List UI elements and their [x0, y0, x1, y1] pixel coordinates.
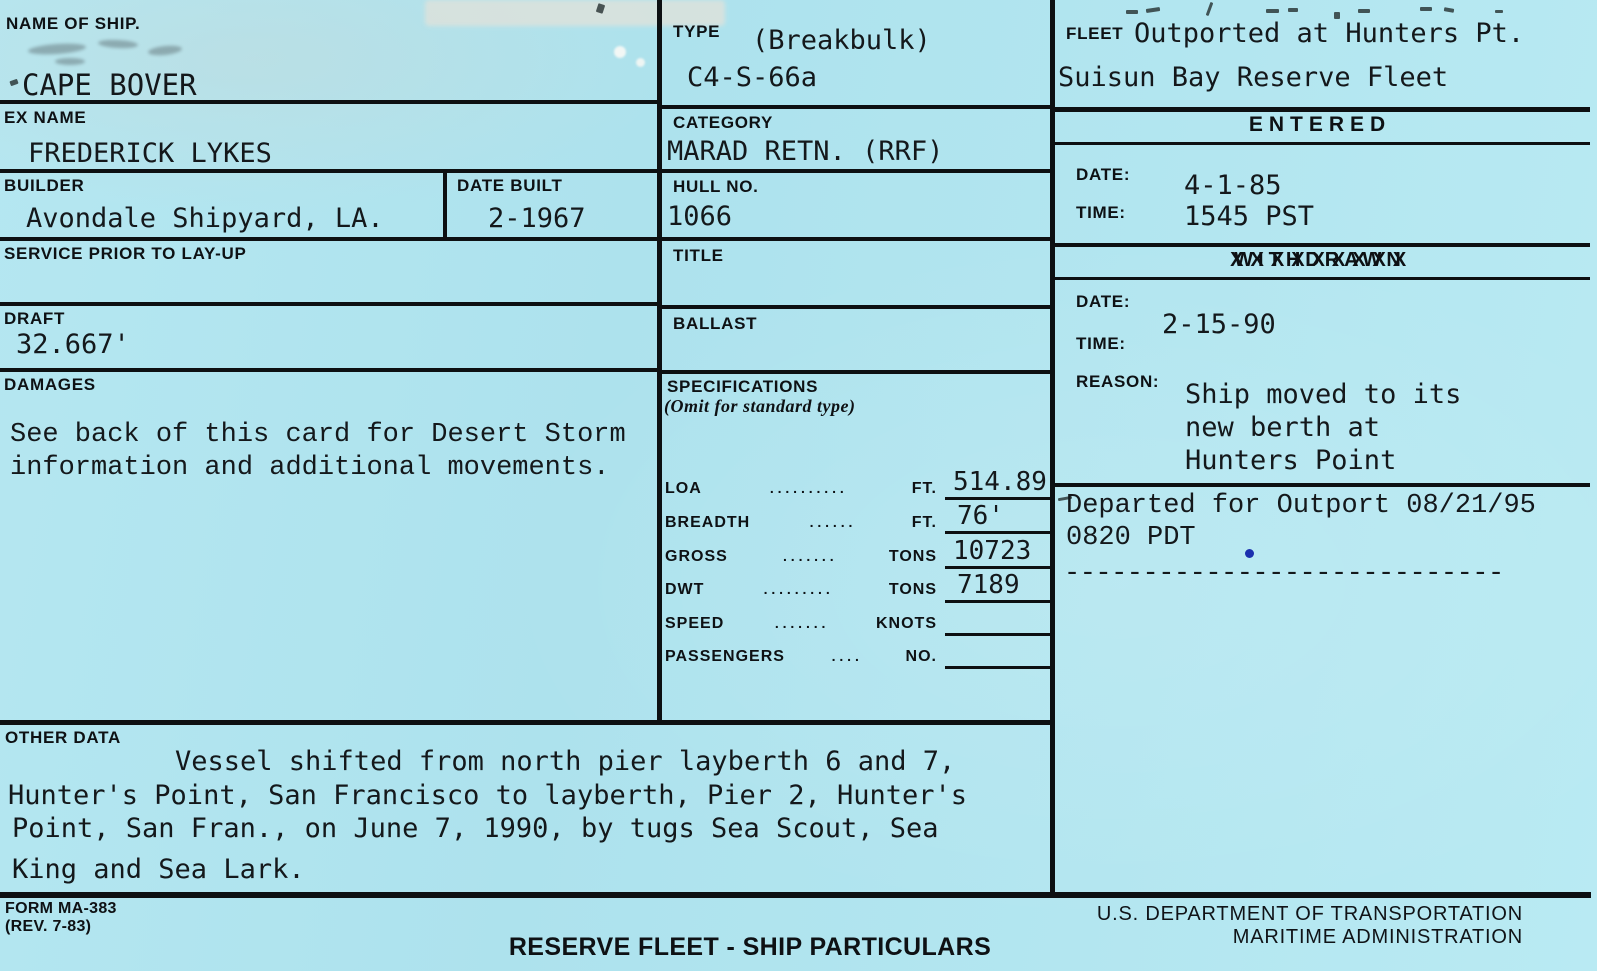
withdrawn-time-value: 2-15-90: [1162, 311, 1276, 339]
scan-smudge: [55, 58, 85, 65]
specifications-sublabel: (Omit for standard type): [664, 396, 856, 417]
withdrawn-date-label: DATE:: [1076, 292, 1130, 312]
spec-breadth-unit: FT.: [912, 514, 937, 532]
service-prior-label: SERVICE PRIOR TO LAY-UP: [4, 244, 247, 264]
fleet-value-line2: Suisun Bay Reserve Fleet: [1058, 64, 1448, 92]
agency-line2: MARITIME ADMINISTRATION: [1050, 926, 1523, 949]
spec-row-dwt: DWT . . . . . . . . . TONS: [665, 581, 937, 599]
ex-name-label: EX NAME: [4, 108, 86, 128]
grid-line: [0, 368, 662, 372]
other-data-line1: Vessel shifted from north pier layberth …: [175, 748, 955, 776]
spec-passengers-underline: [945, 666, 1055, 669]
builder-datebuilt-divider: [443, 169, 447, 241]
damages-text-line1: See back of this card for Desert Storm: [10, 421, 626, 449]
scan-mark: [1288, 8, 1298, 12]
spec-breadth-dots: . . . . . .: [810, 514, 853, 530]
spec-loa-value: 514.89: [953, 467, 1047, 497]
category-label: CATEGORY: [673, 113, 773, 133]
name-of-ship-label: NAME OF SHIP.: [6, 14, 140, 34]
specifications-label: SPECIFICATIONS: [667, 377, 818, 397]
damages-text-line2: information and additional movements.: [10, 454, 610, 482]
entered-date-value: 4-1-85: [1184, 172, 1282, 200]
spec-dwt-value: 7189: [957, 570, 1020, 600]
withdrawn-reason-line1: Ship moved to its: [1185, 381, 1461, 409]
grid-line: [0, 720, 1055, 725]
spec-loa-label: LOA: [665, 480, 702, 498]
spec-dwt-underline: [945, 600, 1055, 603]
fleet-label: FLEET: [1066, 24, 1123, 44]
spec-gross-value: 10723: [953, 536, 1031, 566]
scan-speck: [636, 58, 645, 67]
other-data-line4: King and Sea Lark.: [12, 856, 305, 884]
withdrawn-header: WITHDRAWN XXXXXXXXX: [1050, 249, 1590, 272]
grid-line: [1050, 277, 1590, 280]
bottom-rule: [0, 892, 1591, 898]
spec-speed-dots: . . . . . . .: [775, 615, 826, 631]
title-label: TITLE: [673, 246, 724, 266]
scan-mark: [1358, 9, 1370, 13]
spec-speed-label: SPEED: [665, 615, 724, 633]
form-title: RESERVE FLEET - SHIP PARTICULARS: [470, 933, 1030, 962]
departed-note-line2: 0820 PDT: [1066, 524, 1196, 552]
category-value: MARAD RETN. (RRF): [667, 138, 943, 166]
name-of-ship-value: CAPE BOVER: [22, 70, 197, 100]
date-built-value: 2-1967: [488, 205, 586, 233]
entered-time-value: 1545 PST: [1184, 203, 1314, 231]
spec-gross-dots: . . . . . . .: [783, 548, 834, 564]
scan-mark: [1146, 7, 1160, 13]
scan-mark: [1495, 10, 1503, 13]
entered-date-label: DATE:: [1076, 165, 1130, 185]
hull-no-value: 1066: [667, 203, 732, 231]
grid-line: [0, 169, 662, 173]
entered-time-label: TIME:: [1076, 203, 1126, 223]
scan-mark: [1266, 9, 1279, 13]
spec-gross-label: GROSS: [665, 548, 728, 566]
pen-dot: [1245, 549, 1254, 558]
spec-dwt-dots: . . . . . . . . .: [764, 581, 830, 597]
spec-dwt-unit: TONS: [889, 581, 937, 599]
spec-row-passengers: PASSENGERS . . . . NO.: [665, 648, 937, 666]
withdrawn-reason-label: REASON:: [1076, 372, 1159, 392]
departed-note-dashes: ----------------------------: [1064, 560, 1504, 588]
scan-smudge: [148, 44, 183, 57]
date-built-label: DATE BUILT: [457, 176, 563, 196]
type-value-line2: C4-S-66a: [687, 64, 817, 92]
spec-row-speed: SPEED . . . . . . . KNOTS: [665, 615, 937, 633]
draft-value: 32.667': [16, 331, 130, 359]
grid-line: [657, 305, 1055, 309]
spec-speed-underline: [945, 633, 1055, 636]
withdrawn-reason-line2: new berth at: [1185, 414, 1380, 442]
fleet-value-line1: Outported at Hunters Pt.: [1134, 20, 1524, 48]
grid-line: [0, 302, 662, 306]
spec-row-gross: GROSS . . . . . . . TONS: [665, 548, 937, 566]
scan-mark: [1126, 10, 1138, 14]
spec-passengers-dots: . . . .: [832, 648, 859, 664]
scan-mark: [1420, 7, 1432, 11]
grid-line: [657, 237, 1055, 241]
scan-smudge: [28, 42, 87, 56]
entered-header: ENTERED: [1050, 113, 1590, 137]
other-data-line3: Point, San Fran., on June 7, 1990, by tu…: [12, 815, 939, 843]
type-label: TYPE: [673, 22, 720, 42]
form-number-line1: FORM MA-383: [5, 900, 117, 918]
scan-smudge: [98, 39, 138, 49]
grid-line: [657, 105, 1055, 109]
spec-gross-underline: [945, 566, 1055, 569]
damages-label: DAMAGES: [4, 375, 96, 395]
grid-line: [657, 169, 1055, 173]
spec-loa-underline: [945, 497, 1055, 500]
scan-mark: [9, 79, 18, 86]
spec-breadth-underline: [945, 531, 1055, 534]
spec-loa-dots: . . . . . . . . . .: [770, 480, 844, 496]
spec-gross-unit: TONS: [889, 548, 937, 566]
spec-row-loa: LOA . . . . . . . . . . FT.: [665, 480, 937, 498]
type-value-line1: (Breakbulk): [752, 27, 931, 55]
scan-mark: [1444, 7, 1455, 13]
grid-line: [657, 370, 1055, 374]
grid-line: [0, 237, 662, 241]
spec-breadth-label: BREADTH: [665, 514, 750, 532]
hull-no-label: HULL NO.: [673, 177, 759, 197]
builder-label: BUILDER: [4, 176, 84, 196]
draft-label: DRAFT: [4, 309, 65, 329]
grid-line: [1050, 107, 1590, 112]
withdrawn-reason-line3: Hunters Point: [1185, 447, 1396, 475]
builder-value: Avondale Shipyard, LA.: [26, 205, 384, 233]
grid-line: [1050, 483, 1590, 487]
agency-line1: U.S. DEPARTMENT OF TRANSPORTATION: [1050, 903, 1523, 926]
form-number-line2: (REV. 7-83): [5, 918, 91, 936]
ballast-label: BALLAST: [673, 314, 757, 334]
withdrawn-time-label: TIME:: [1076, 334, 1126, 354]
departed-note-line1: Departed for Outport 08/21/95: [1066, 492, 1536, 520]
spec-row-breadth: BREADTH . . . . . . FT.: [665, 514, 937, 532]
spec-loa-unit: FT.: [912, 480, 937, 498]
spec-dwt-label: DWT: [665, 581, 704, 599]
spec-speed-unit: KNOTS: [876, 615, 937, 633]
spec-passengers-unit: NO.: [906, 648, 937, 666]
grid-line: [1050, 243, 1590, 247]
other-data-line2: Hunter's Point, San Francisco to laybert…: [8, 782, 967, 810]
withdrawn-strikeover: XXXXXXXXX: [1230, 249, 1413, 272]
spec-breadth-value: 76': [957, 501, 1004, 531]
other-data-label: OTHER DATA: [5, 728, 121, 748]
withdrawn-header-text: WITHDRAWN XXXXXXXXX: [1234, 249, 1406, 272]
spec-passengers-label: PASSENGERS: [665, 648, 785, 666]
grid-line: [1050, 142, 1590, 145]
ship-particulars-card: NAME OF SHIP. CAPE BOVER EX NAME FREDERI…: [0, 0, 1597, 971]
ex-name-value: FREDERICK LYKES: [28, 140, 272, 168]
scan-speck: [614, 46, 626, 58]
scan-mark: [1206, 2, 1214, 16]
